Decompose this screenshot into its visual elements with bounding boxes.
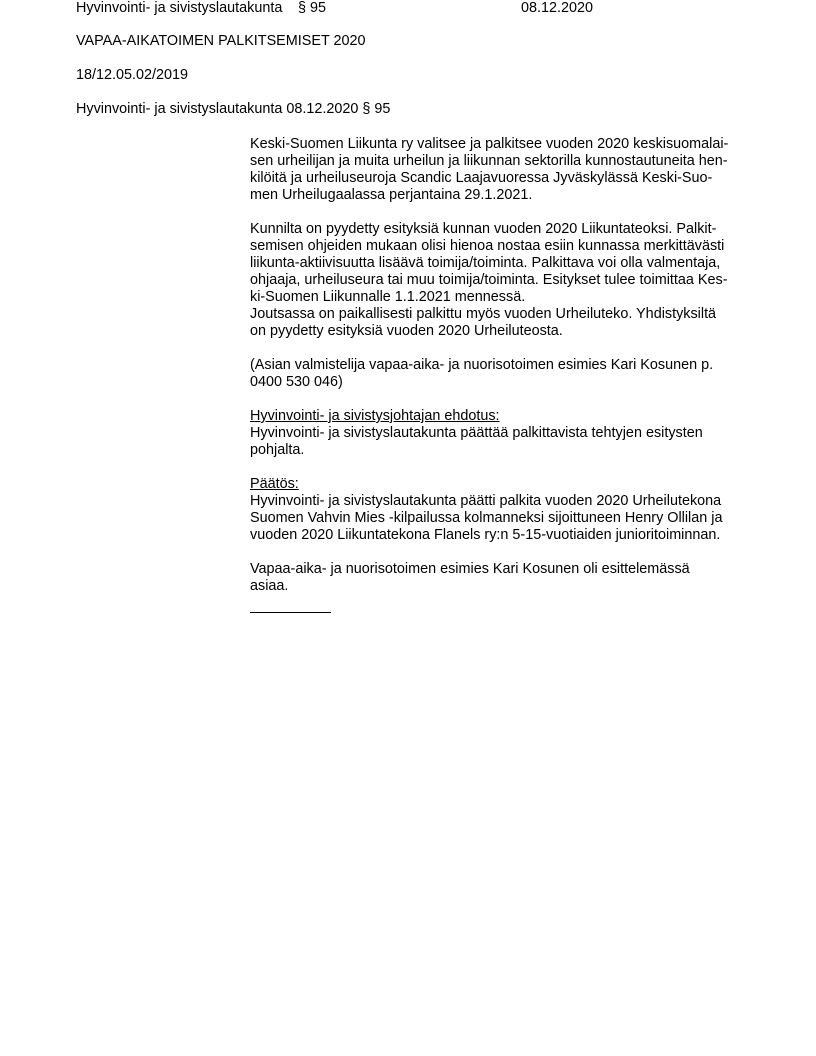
text-line: ohjaaja, urheiluseura tai muu toimija/to… [250,272,750,289]
text-line: Hyvinvointi- ja sivistyslautakunta päätt… [250,425,750,442]
header-date: 08.12.2020 [521,0,593,17]
text-line: Hyvinvointi- ja sivistyslautakunta päätt… [250,493,750,510]
text-line: men Urheilugaalassa perjantaina 29.1.202… [250,187,750,204]
proposal-heading: Hyvinvointi- ja sivistysjohtajan ehdotus… [250,408,750,425]
text-line: asiaa. [250,578,750,595]
text-line: pohjalta. [250,442,750,459]
text-line: Kunnilta on pyydetty esityksiä kunnan vu… [250,221,750,238]
diary-number: 18/12.05.02/2019 [76,67,188,84]
text-line: (Asian valmistelija vapaa-aika- ja nuori… [250,357,750,374]
text-line: kilöitä ja urheiluseuroja Scandic Laajav… [250,170,750,187]
meeting-line: Hyvinvointi- ja sivistyslautakunta 08.12… [76,101,390,118]
header-section: § 95 [298,0,326,17]
proposal-paragraph: Hyvinvointi- ja sivistysjohtajan ehdotus… [250,408,750,459]
document-title: VAPAA-AIKATOIMEN PALKITSEMISET 2020 [76,33,366,50]
text-line: Vapaa-aika- ja nuorisotoimen esimies Kar… [250,561,750,578]
presenter-paragraph: Vapaa-aika- ja nuorisotoimen esimies Kar… [250,561,750,595]
text-line: ki-Suomen Liikunnalle 1.1.2021 mennessä. [250,289,750,306]
request-paragraph: Kunnilta on pyydetty esityksiä kunnan vu… [250,221,750,340]
end-rule [250,612,331,613]
intro-paragraph: Keski-Suomen Liikunta ry valitsee ja pal… [250,136,750,204]
header-committee: Hyvinvointi- ja sivistyslautakunta [76,0,282,17]
text-line: 0400 530 046) [250,374,750,391]
text-line: Joutsassa on paikallisesti palkittu myös… [250,306,750,323]
text-line: Keski-Suomen Liikunta ry valitsee ja pal… [250,136,750,153]
preparer-paragraph: (Asian valmistelija vapaa-aika- ja nuori… [250,357,750,391]
decision-paragraph: Päätös: Hyvinvointi- ja sivistyslautakun… [250,476,750,544]
decision-heading: Päätös: [250,476,750,493]
text-line: liikunta-aktiivisuutta lisäävä toimija/t… [250,255,750,272]
text-line: on pyydetty esityksiä vuoden 2020 Urheil… [250,323,750,340]
text-line: semisen ohjeiden mukaan olisi hienoa nos… [250,238,750,255]
text-line: Suomen Vahvin Mies -kilpailussa kolmanne… [250,510,750,527]
text-line: vuoden 2020 Liikuntatekona Flanels ry:n … [250,527,750,544]
text-line: sen urheilijan ja muita urheilun ja liik… [250,153,750,170]
document-body: Keski-Suomen Liikunta ry valitsee ja pal… [250,136,750,613]
